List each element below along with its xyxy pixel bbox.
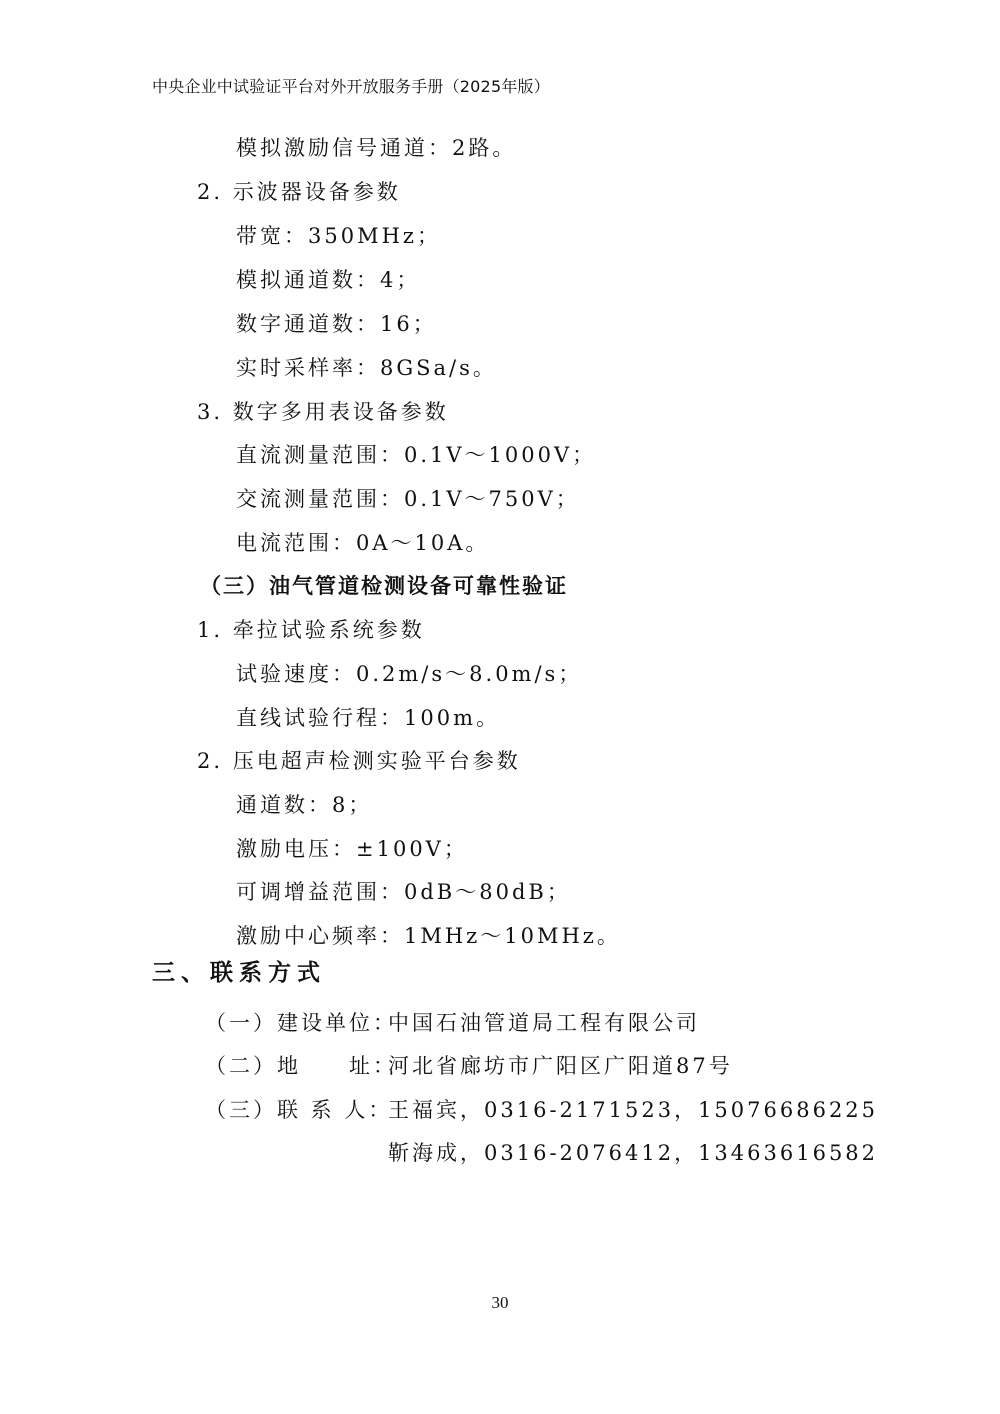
param-line: 激励电压：±100V； xyxy=(236,835,468,863)
contact-value: 中国石油管道局工程有限公司 xyxy=(388,1009,700,1037)
param-line: 实时采样率：8GSa/s。 xyxy=(236,354,497,382)
item-heading: 3. 数字多用表设备参数 xyxy=(197,398,449,426)
page-number: 30 xyxy=(0,1293,1000,1313)
param-line: 模拟通道数：4； xyxy=(236,266,420,294)
param-line: 交流测量范围：0.1V～750V； xyxy=(236,485,580,513)
section-heading: 三、联系方式 xyxy=(152,959,326,987)
contact-address: （二）地 址： 河北省廊坊市广阳区广阳道87号 xyxy=(205,1052,733,1080)
param-line: 直线试验行程：100m。 xyxy=(236,704,500,732)
item-heading: 2. 压电超声检测实验平台参数 xyxy=(197,747,521,775)
subsection-heading: （三）油气管道检测设备可靠性验证 xyxy=(200,572,568,600)
contact-person-secondary: 靳海成，0316-2076412，13463616582 xyxy=(388,1139,878,1167)
contact-organization: （一）建设单位： 中国石油管道局工程有限公司 xyxy=(205,1009,700,1037)
param-line: 电流范围：0A～10A。 xyxy=(236,529,489,557)
item-heading: 1. 牵拉试验系统参数 xyxy=(197,616,425,644)
contact-label: （二）地 址： xyxy=(205,1052,388,1080)
param-line: 通道数：8； xyxy=(236,791,372,819)
contact-label: （三）联 系 人： xyxy=(205,1096,388,1124)
param-line: 可调增益范围：0dB～80dB； xyxy=(236,878,571,906)
param-line: 模拟激励信号通道：2路。 xyxy=(236,134,516,162)
param-line: 直流测量范围：0.1V～1000V； xyxy=(236,441,596,469)
param-line: 试验速度：0.2m/s～8.0m/s； xyxy=(236,660,582,688)
contact-value: 河北省廊坊市广阳区广阳道87号 xyxy=(388,1052,733,1080)
document-header: 中央企业中试验证平台对外开放服务手册（2025年版） xyxy=(152,74,550,97)
contact-value: 王福宾，0316-2171523，15076686225 xyxy=(388,1096,878,1124)
param-line: 带宽：350MHz； xyxy=(236,222,441,250)
param-line: 数字通道数：16； xyxy=(236,310,437,338)
item-heading: 2. 示波器设备参数 xyxy=(197,178,401,206)
contact-label: （一）建设单位： xyxy=(205,1009,388,1037)
param-line: 激励中心频率：1MHz～10MHz。 xyxy=(236,922,621,950)
contact-person: （三）联 系 人： 王福宾，0316-2171523，15076686225 xyxy=(205,1096,878,1124)
